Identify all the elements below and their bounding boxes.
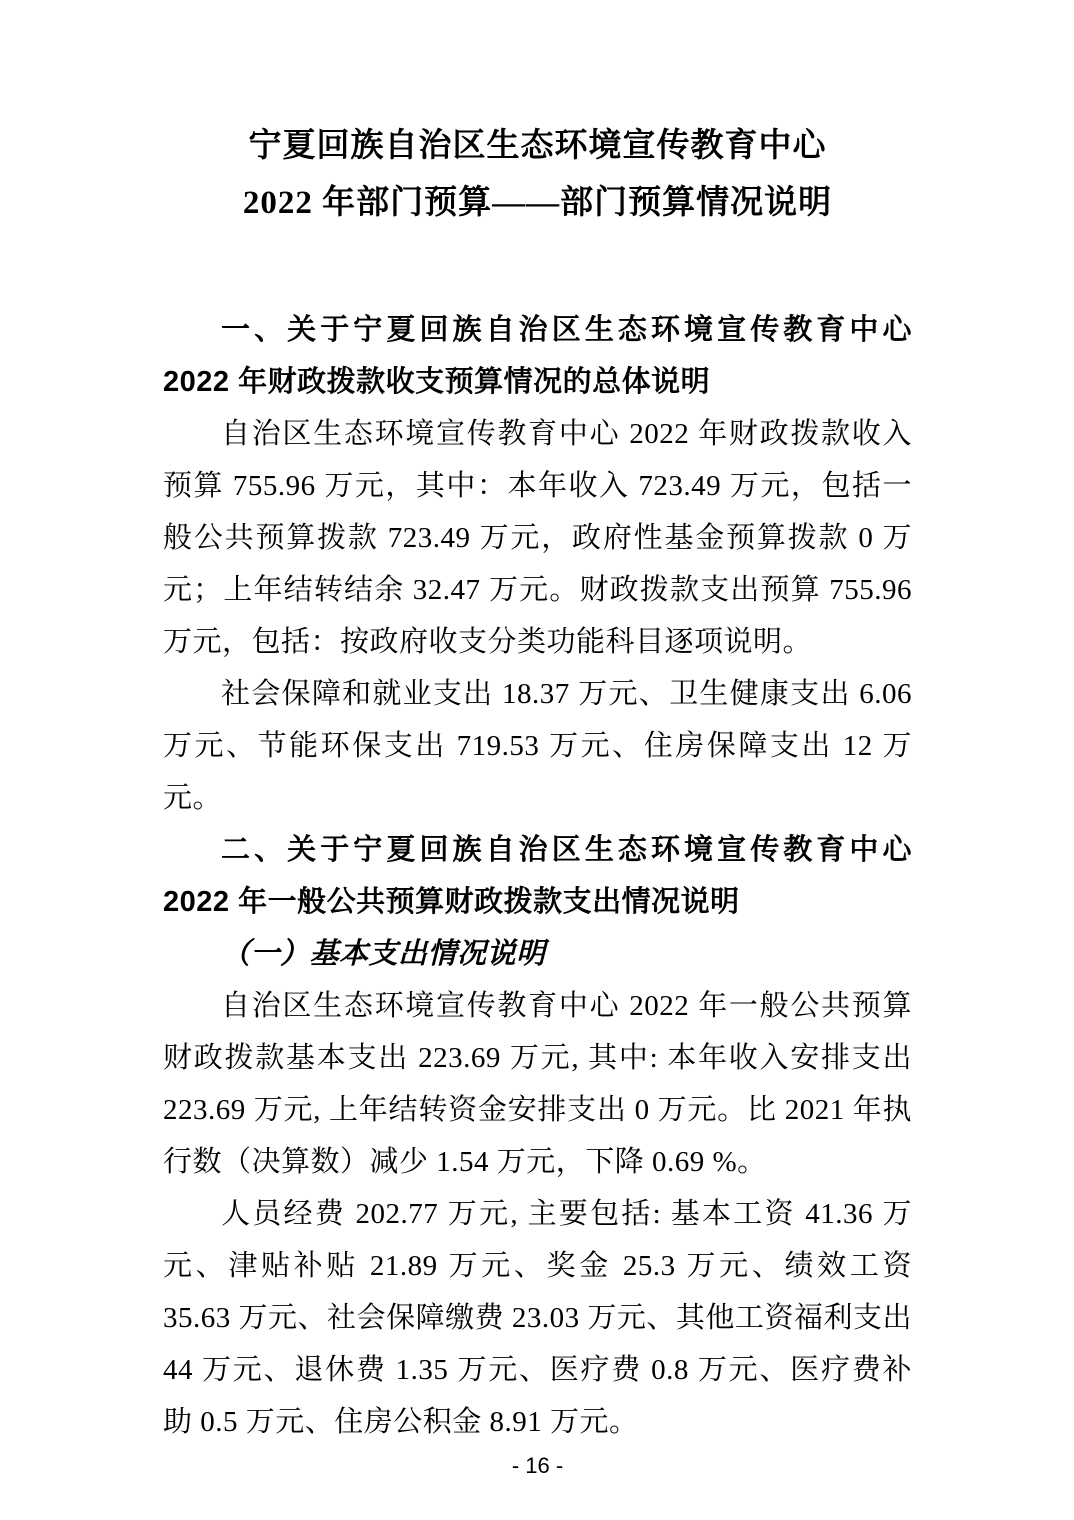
paragraph-personnel-expense-detail: 人员经费 202.77 万元, 主要包括: 基本工资 41.36 万元、津贴补贴…: [163, 1188, 912, 1448]
document-page: 宁夏回族自治区生态环境宣传教育中心 2022 年部门预算——部门预算情况说明 一…: [0, 0, 1074, 1520]
page-number: - 16 -: [163, 1452, 912, 1480]
paragraph-basic-expenditure: 自治区生态环境宣传教育中心 2022 年一般公共预算财政拨款基本支出 223.6…: [163, 980, 912, 1188]
document-content: 宁夏回族自治区生态环境宣传教育中心 2022 年部门预算——部门预算情况说明 一…: [0, 0, 1074, 1480]
section-2-heading: 二、关于宁夏回族自治区生态环境宣传教育中心 2022 年一般公共预算财政拨款支出…: [163, 824, 912, 928]
title-spacer: [163, 232, 912, 304]
paragraph-fiscal-appropriation-overview: 自治区生态环境宣传教育中心 2022 年财政拨款收入预算 755.96 万元，其…: [163, 408, 912, 668]
subsection-1-heading: （一）基本支出情况说明: [163, 928, 912, 980]
document-title: 宁夏回族自治区生态环境宣传教育中心 2022 年部门预算——部门预算情况说明: [163, 118, 912, 232]
paragraph-expenditure-by-function: 社会保障和就业支出 18.37 万元、卫生健康支出 6.06 万元、节能环保支出…: [163, 668, 912, 824]
document-title-line-1: 宁夏回族自治区生态环境宣传教育中心: [163, 118, 912, 175]
document-title-line-2: 2022 年部门预算——部门预算情况说明: [163, 175, 912, 232]
section-1-heading: 一、关于宁夏回族自治区生态环境宣传教育中心 2022 年财政拨款收支预算情况的总…: [163, 304, 912, 408]
